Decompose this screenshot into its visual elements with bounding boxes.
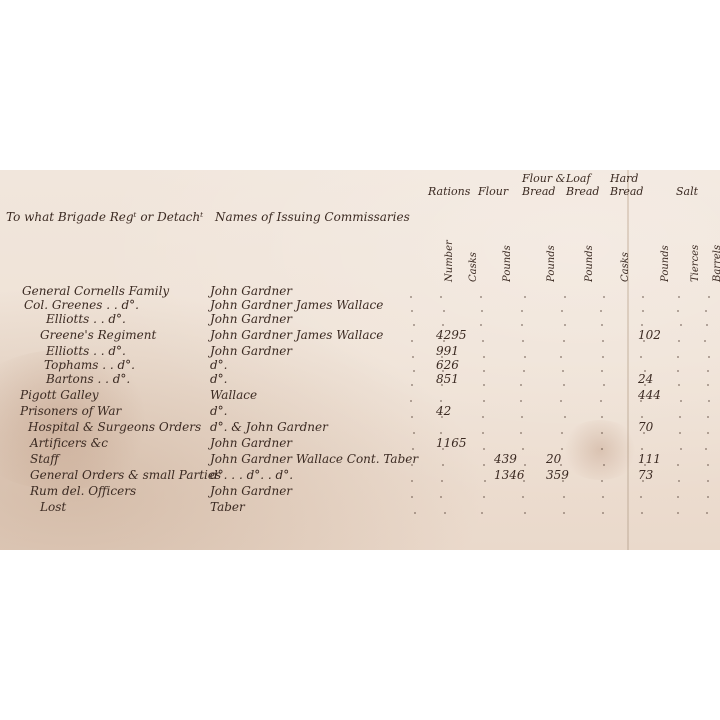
leader-dot bbox=[643, 432, 645, 434]
leader-dot bbox=[480, 324, 482, 326]
leader-dot bbox=[440, 400, 442, 402]
commissary-names: d°. . . d°. . d°. bbox=[210, 468, 293, 482]
rations-number: 851 bbox=[436, 372, 459, 386]
column-subheader: Pounds bbox=[660, 245, 671, 282]
leader-dot bbox=[442, 370, 444, 372]
leader-dot bbox=[412, 448, 414, 450]
unit-name: General Orders & small Parties bbox=[30, 468, 221, 482]
leader-dot bbox=[560, 464, 562, 466]
leader-dot bbox=[706, 324, 708, 326]
leader-dot bbox=[483, 384, 485, 386]
leader-dot bbox=[484, 480, 486, 482]
leader-dot bbox=[524, 464, 526, 466]
leader-dot bbox=[561, 310, 563, 312]
leader-dot bbox=[642, 296, 644, 298]
leader-dot bbox=[642, 310, 644, 312]
leader-dot bbox=[442, 464, 444, 466]
leader-dot bbox=[483, 448, 485, 450]
flour-bread-pounds: 359 bbox=[546, 468, 569, 482]
leader-dot bbox=[677, 370, 679, 372]
leader-dot bbox=[444, 512, 446, 514]
unit-name: Hospital & Surgeons Orders bbox=[28, 420, 201, 434]
rations-number: 42 bbox=[436, 404, 451, 418]
hard-bread-pounds: 70 bbox=[638, 420, 653, 434]
leader-dot bbox=[483, 400, 485, 402]
leader-dot bbox=[412, 356, 414, 358]
unit-name: Staff bbox=[30, 452, 59, 466]
leader-dot bbox=[410, 296, 412, 298]
leader-dot bbox=[520, 400, 522, 402]
column-group-header: Flour bbox=[478, 185, 526, 198]
unit-name: Elliotts . . d°. bbox=[46, 344, 126, 358]
leader-dot bbox=[708, 296, 710, 298]
leader-dot bbox=[677, 464, 679, 466]
leader-dot bbox=[411, 496, 413, 498]
leader-dot bbox=[443, 340, 445, 342]
leader-dot bbox=[480, 296, 482, 298]
column-subheader: Number bbox=[444, 240, 455, 282]
leader-dot bbox=[563, 496, 565, 498]
column-group-header: Flour & Bread bbox=[522, 172, 570, 198]
leader-dot bbox=[413, 324, 415, 326]
leader-dot bbox=[563, 512, 565, 514]
unit-name: Elliotts . . d°. bbox=[46, 312, 126, 326]
leader-dot bbox=[705, 310, 707, 312]
brigade-column-header: To what Brigade Regᵗ or Detachᵗ bbox=[6, 210, 203, 224]
leader-dot bbox=[523, 370, 525, 372]
leader-dot bbox=[601, 448, 603, 450]
commissary-names: John Gardner Wallace Cont. Taber bbox=[210, 452, 418, 466]
column-subheader: Tierces bbox=[690, 245, 701, 282]
column-group-header: Hard Bread bbox=[610, 172, 658, 198]
column-group-header: Loaf Bread bbox=[566, 172, 614, 198]
leader-dot bbox=[522, 340, 524, 342]
leader-dot bbox=[640, 400, 642, 402]
leader-dot bbox=[441, 416, 443, 418]
leader-dot bbox=[680, 400, 682, 402]
leader-dot bbox=[442, 448, 444, 450]
leader-dot bbox=[707, 480, 709, 482]
leader-dot bbox=[561, 432, 563, 434]
leader-dot bbox=[601, 416, 603, 418]
unit-name: Prisoners of War bbox=[20, 404, 121, 418]
leader-dot bbox=[443, 310, 445, 312]
leader-dot bbox=[440, 496, 442, 498]
leader-dot bbox=[524, 512, 526, 514]
leader-dot bbox=[707, 432, 709, 434]
leader-dot bbox=[708, 400, 710, 402]
flour-pounds: 439 bbox=[494, 452, 517, 466]
leader-dot bbox=[600, 310, 602, 312]
leader-dot bbox=[644, 384, 646, 386]
commissary-names: d°. bbox=[210, 404, 228, 418]
leader-dot bbox=[411, 340, 413, 342]
unit-name: Col. Greenes . . d°. bbox=[24, 298, 139, 312]
leader-dot bbox=[679, 416, 681, 418]
unit-name: Lost bbox=[40, 500, 66, 514]
leader-dot bbox=[640, 496, 642, 498]
leader-dot bbox=[563, 384, 565, 386]
column-subheader: Pounds bbox=[584, 245, 595, 282]
leader-dot bbox=[441, 356, 443, 358]
leader-dot bbox=[601, 432, 603, 434]
unit-name: Pigott Galley bbox=[20, 388, 99, 402]
leader-dot bbox=[414, 512, 416, 514]
leader-dot bbox=[520, 432, 522, 434]
leader-dot bbox=[641, 416, 643, 418]
leader-dot bbox=[561, 448, 563, 450]
column-subheader: Barrels bbox=[712, 245, 720, 282]
leader-dot bbox=[707, 416, 709, 418]
rations-number: 991 bbox=[436, 344, 459, 358]
leader-dot bbox=[523, 480, 525, 482]
leader-dot bbox=[564, 416, 566, 418]
hard-bread-pounds: 73 bbox=[638, 468, 653, 482]
rations-number: 4295 bbox=[436, 328, 467, 342]
leader-dot bbox=[603, 464, 605, 466]
leader-dot bbox=[708, 356, 710, 358]
leader-dot bbox=[641, 512, 643, 514]
leader-dot bbox=[643, 340, 645, 342]
leader-dot bbox=[562, 370, 564, 372]
leader-dot bbox=[600, 400, 602, 402]
leader-dot bbox=[677, 356, 679, 358]
commissary-names: John Gardner bbox=[210, 344, 292, 358]
commissary-names: John Gardner James Wallace bbox=[210, 298, 383, 312]
leader-dot bbox=[679, 432, 681, 434]
leader-dot bbox=[441, 384, 443, 386]
leader-dot bbox=[564, 324, 566, 326]
water-stain bbox=[560, 420, 640, 480]
commissary-names: John Gardner bbox=[210, 484, 292, 498]
commissary-names: John Gardner James Wallace bbox=[210, 328, 383, 342]
hard-bread-pounds: 102 bbox=[638, 328, 661, 342]
leader-dot bbox=[644, 464, 646, 466]
leader-dot bbox=[678, 480, 680, 482]
commissary-names: d°. & John Gardner bbox=[210, 420, 328, 434]
leader-dot bbox=[524, 356, 526, 358]
leader-dot bbox=[411, 416, 413, 418]
commissary-names: Wallace bbox=[210, 388, 257, 402]
leader-dot bbox=[564, 296, 566, 298]
leader-dot bbox=[522, 496, 524, 498]
leader-dot bbox=[601, 324, 603, 326]
column-subheader: Pounds bbox=[502, 245, 513, 282]
leader-dot bbox=[410, 400, 412, 402]
unit-name: Artificers &c bbox=[30, 436, 108, 450]
page-fold-line bbox=[627, 170, 629, 550]
leader-dot bbox=[680, 324, 682, 326]
leader-dot bbox=[602, 340, 604, 342]
leader-dot bbox=[481, 512, 483, 514]
leader-dot bbox=[641, 448, 643, 450]
commissary-names: John Gardner bbox=[210, 284, 292, 298]
leader-dot bbox=[644, 370, 646, 372]
leader-dot bbox=[678, 384, 680, 386]
leader-dot bbox=[440, 432, 442, 434]
rations-number: 1165 bbox=[436, 436, 467, 450]
leader-dot bbox=[562, 480, 564, 482]
leader-dot bbox=[522, 448, 524, 450]
leader-dot bbox=[411, 464, 413, 466]
leader-dot bbox=[640, 356, 642, 358]
commissary-names: d°. bbox=[210, 358, 228, 372]
leader-dot bbox=[563, 340, 565, 342]
leader-dot bbox=[601, 370, 603, 372]
leader-dot bbox=[521, 324, 523, 326]
leader-dot bbox=[411, 480, 413, 482]
leader-dot bbox=[524, 296, 526, 298]
leader-dot bbox=[560, 400, 562, 402]
leader-dot bbox=[411, 384, 413, 386]
leader-dot bbox=[442, 324, 444, 326]
leader-dot bbox=[440, 296, 442, 298]
commissaries-column-header: Names of Issuing Commissaries bbox=[215, 210, 410, 224]
leader-dot bbox=[706, 512, 708, 514]
leader-dot bbox=[677, 310, 679, 312]
leader-dot bbox=[603, 384, 605, 386]
flour-bread-pounds: 20 bbox=[546, 452, 561, 466]
commissary-names: John Gardner bbox=[210, 436, 292, 450]
leader-dot bbox=[707, 496, 709, 498]
leader-dot bbox=[641, 324, 643, 326]
leader-dot bbox=[602, 356, 604, 358]
commissary-names: Taber bbox=[210, 500, 245, 514]
leader-dot bbox=[677, 512, 679, 514]
column-subheader: Pounds bbox=[546, 245, 557, 282]
leader-dot bbox=[481, 310, 483, 312]
leader-dot bbox=[483, 356, 485, 358]
leader-dot bbox=[677, 496, 679, 498]
leader-dot bbox=[707, 384, 709, 386]
column-group-header: Rations bbox=[428, 185, 476, 198]
leader-dot bbox=[482, 432, 484, 434]
leader-dot bbox=[521, 416, 523, 418]
leader-dot bbox=[602, 496, 604, 498]
leader-dot bbox=[560, 356, 562, 358]
leader-dot bbox=[678, 340, 680, 342]
leader-dot bbox=[707, 370, 709, 372]
leader-dot bbox=[483, 370, 485, 372]
leader-dot bbox=[704, 340, 706, 342]
leader-dot bbox=[483, 464, 485, 466]
leader-dot bbox=[441, 480, 443, 482]
unit-name: Greene's Regiment bbox=[40, 328, 156, 342]
leader-dot bbox=[413, 370, 415, 372]
flour-pounds: 1346 bbox=[494, 468, 525, 482]
ledger-page: To what Brigade Regᵗ or Detachᵗ Names of… bbox=[0, 170, 720, 550]
leader-dot bbox=[482, 340, 484, 342]
leader-dot bbox=[521, 310, 523, 312]
leader-dot bbox=[413, 432, 415, 434]
column-subheader: Casks bbox=[468, 252, 479, 282]
leader-dot bbox=[603, 296, 605, 298]
leader-dot bbox=[680, 448, 682, 450]
hard-bread-pounds: 111 bbox=[638, 452, 661, 466]
column-group-header: Salt bbox=[676, 185, 720, 198]
unit-name: Rum del. Officers bbox=[30, 484, 136, 498]
leader-dot bbox=[411, 310, 413, 312]
column-subheader: Casks bbox=[620, 252, 631, 282]
commissary-names: John Gardner bbox=[210, 312, 292, 326]
leader-dot bbox=[707, 464, 709, 466]
leader-dot bbox=[602, 512, 604, 514]
commissary-names: d°. bbox=[210, 372, 228, 386]
leader-dot bbox=[678, 296, 680, 298]
unit-name: General Cornells Family bbox=[22, 284, 169, 298]
leader-dot bbox=[482, 416, 484, 418]
unit-name: Tophams . . d°. bbox=[44, 358, 135, 372]
rations-number: 626 bbox=[436, 358, 459, 372]
leader-dot bbox=[520, 384, 522, 386]
unit-name: Bartons . . d°. bbox=[46, 372, 130, 386]
leader-dot bbox=[601, 480, 603, 482]
leader-dot bbox=[642, 480, 644, 482]
leader-dot bbox=[483, 496, 485, 498]
leader-dot bbox=[705, 448, 707, 450]
